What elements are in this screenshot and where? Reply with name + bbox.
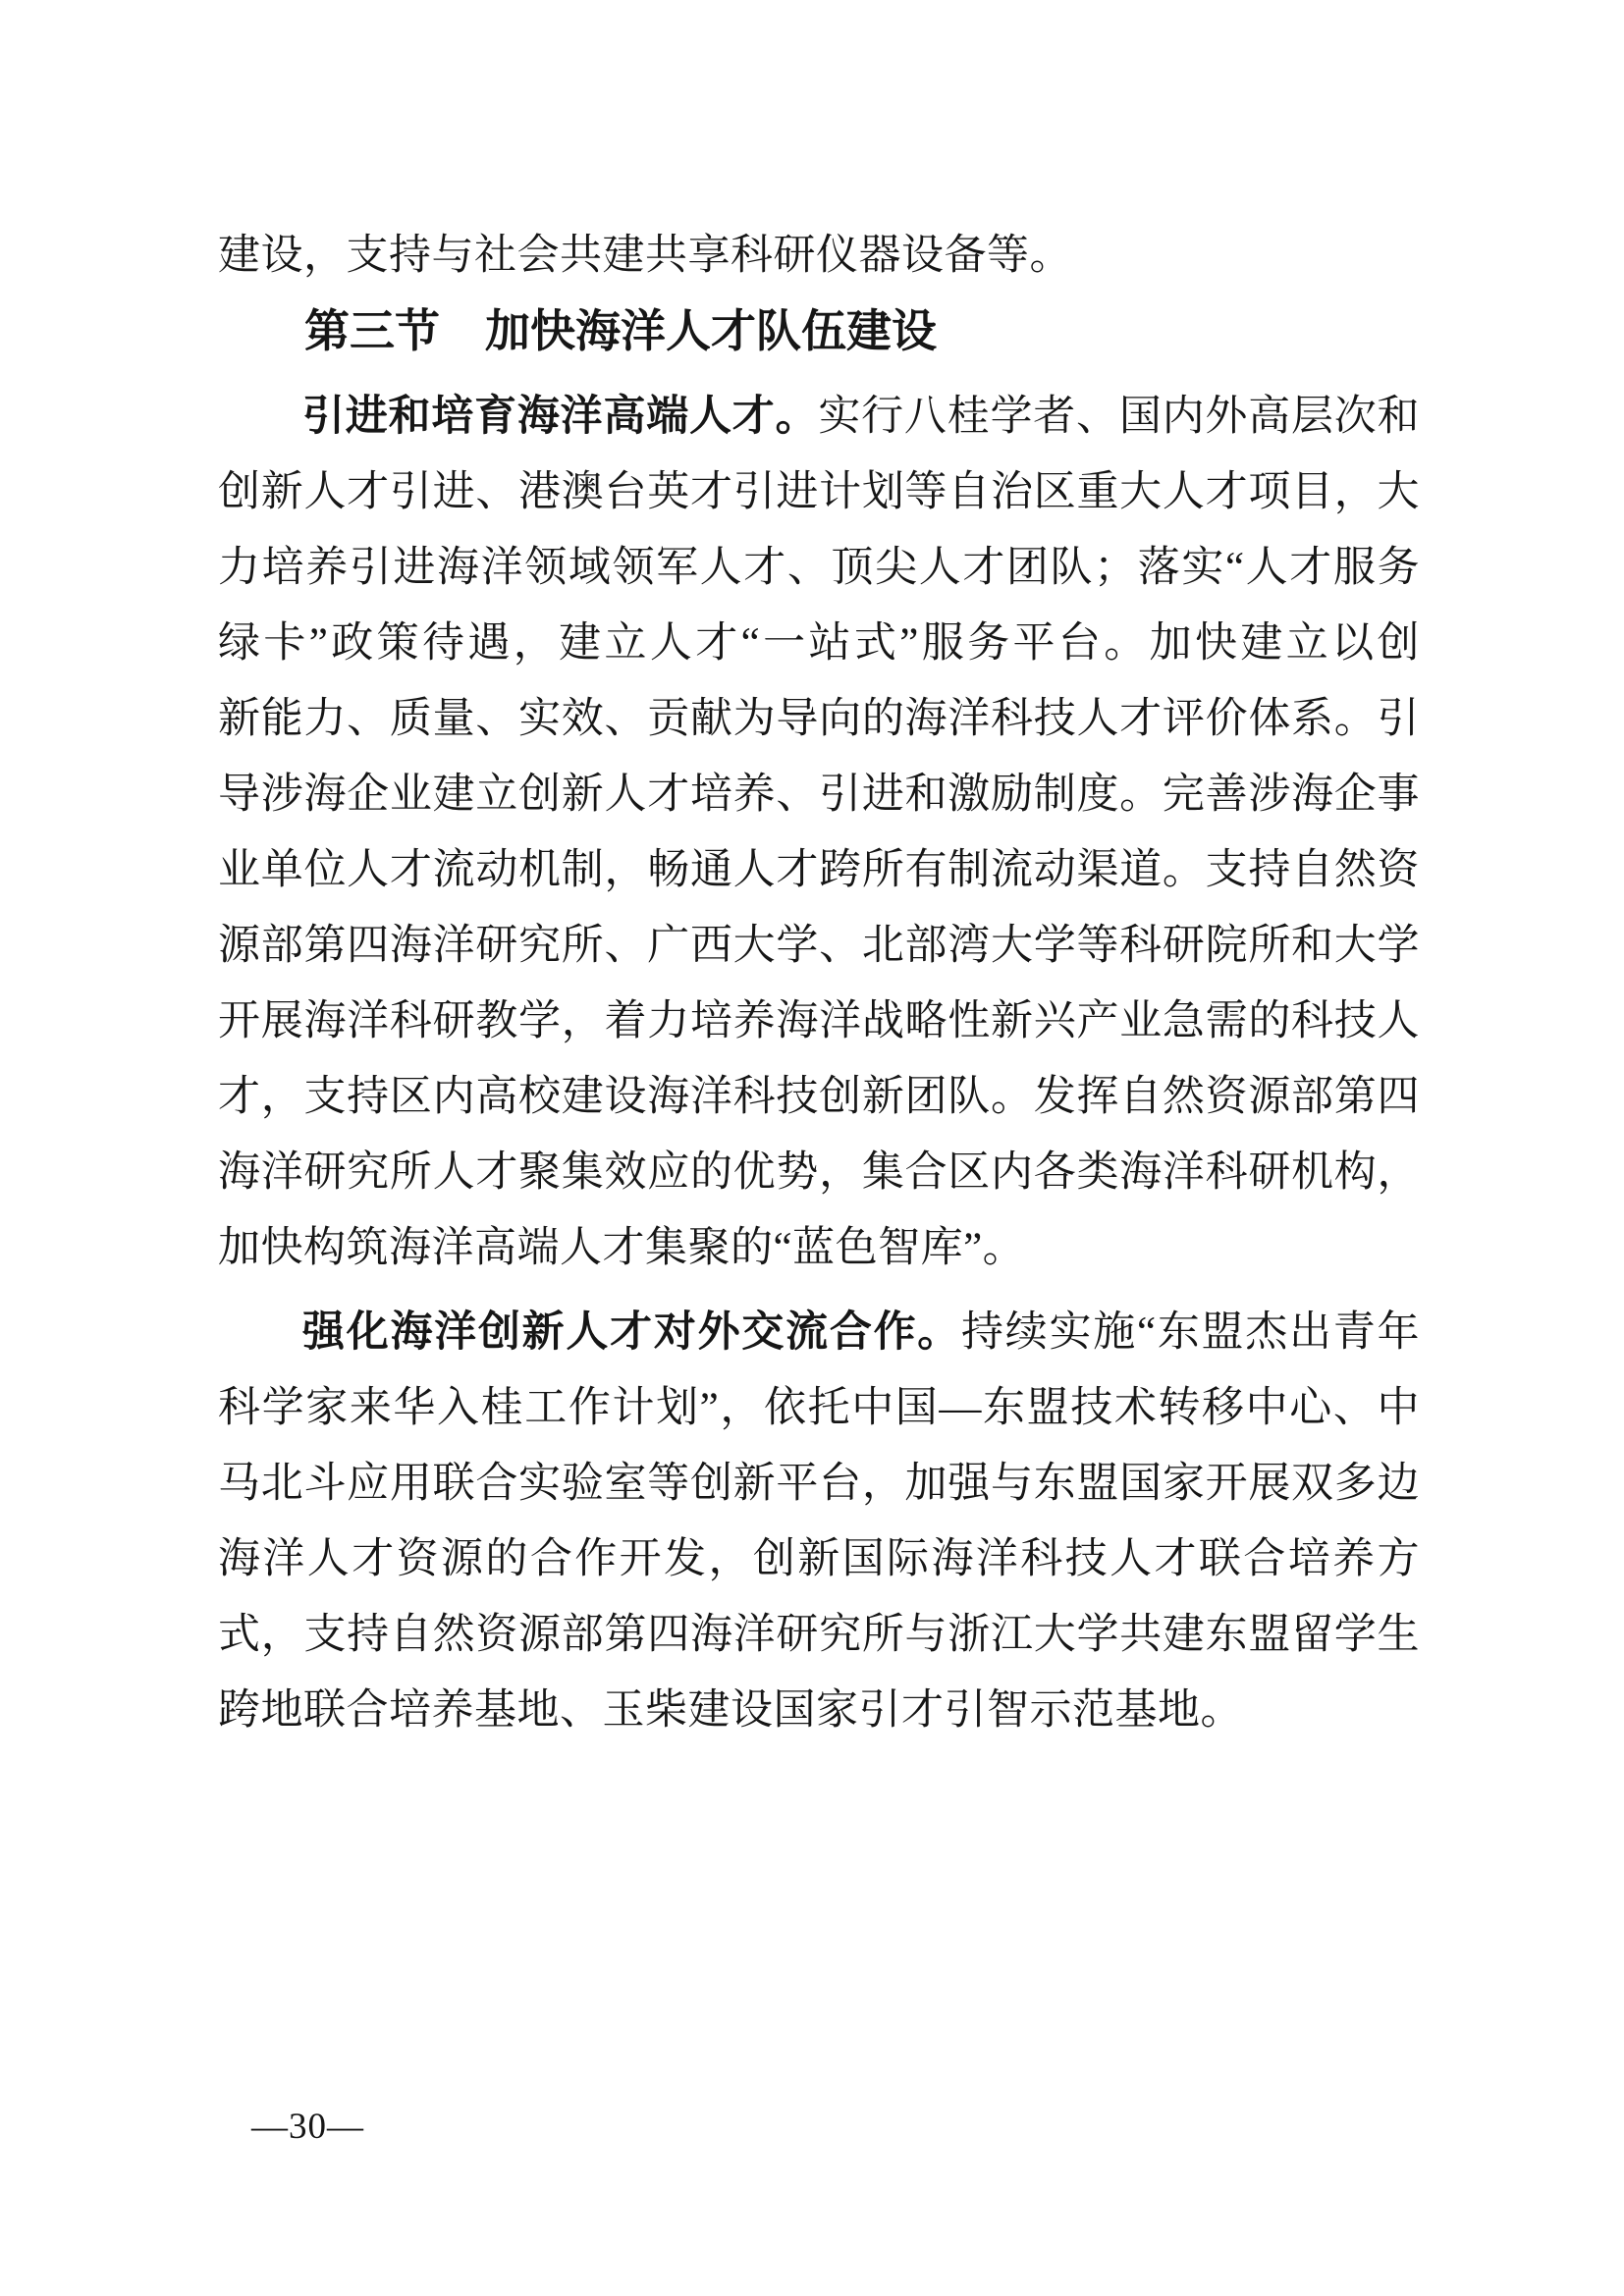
text-line: 力培养引进海洋领域领军人才、顶尖人才团队；落实“人才服务 — [218, 530, 1420, 606]
text-line: 式，支持自然资源部第四海洋研究所与浙江大学共建东盟留学生 — [218, 1597, 1420, 1673]
text-line: 开展海洋科研教学，着力培养海洋战略性新兴产业急需的科技人 — [218, 984, 1420, 1059]
continuation-paragraph-line: 建设，支持与社会共建共享科研仪器设备等。 — [218, 218, 1420, 294]
paragraph-talent-cultivation: 引进和培育海洋高端人才。实行八桂学者、国内外高层次和 创新人才引进、港澳台英才引… — [218, 379, 1420, 1286]
text-line: 海洋研究所人才聚集效应的优势，集合区内各类海洋科研机构， — [218, 1135, 1420, 1210]
text-line: 强化海洋创新人才对外交流合作。持续实施“东盟杰出青年 — [218, 1295, 1420, 1370]
text-line: 源部第四海洋研究所、广西大学、北部湾大学等科研院所和大学 — [218, 908, 1420, 984]
text-line: 引进和培育海洋高端人才。实行八桂学者、国内外高层次和 — [218, 379, 1420, 454]
paragraph-lead-rest: 持续实施“东盟杰出青年 — [961, 1309, 1420, 1356]
paragraph-lead: 引进和培育海洋高端人才。 — [302, 394, 818, 440]
text-line: 加快构筑海洋高端人才集聚的“蓝色智库”。 — [218, 1210, 1420, 1286]
paragraph-lead: 强化海洋创新人才对外交流合作。 — [302, 1309, 961, 1356]
text-line: 跨地联合培养基地、玉柴建设国家引才引智示范基地。 — [218, 1673, 1420, 1748]
document-page: 建设，支持与社会共建共享科研仪器设备等。 第三节 加快海洋人才队伍建设 引进和培… — [0, 0, 1624, 2296]
text-line: 马北斗应用联合实验室等创新平台，加强与东盟国家开展双多边 — [218, 1446, 1420, 1522]
text-line: 绿卡”政策待遇，建立人才“一站式”服务平台。加快建立以创 — [218, 606, 1420, 681]
text-line: 业单位人才流动机制，畅通人才跨所有制流动渠道。支持自然资 — [218, 832, 1420, 908]
paragraph-lead-rest: 实行八桂学者、国内外高层次和 — [818, 394, 1420, 440]
text-line: 才，支持区内高校建设海洋科技创新团队。发挥自然资源部第四 — [218, 1059, 1420, 1135]
text-line: 导涉海企业建立创新人才培养、引进和激励制度。完善涉海企事 — [218, 757, 1420, 832]
section-heading: 第三节 加快海洋人才队伍建设 — [218, 294, 1420, 369]
text-line: 海洋人才资源的合作开发，创新国际海洋科技人才联合培养方 — [218, 1522, 1420, 1597]
document-body: 建设，支持与社会共建共享科研仪器设备等。 第三节 加快海洋人才队伍建设 引进和培… — [218, 218, 1420, 1748]
text-line: 新能力、质量、实效、贡献为导向的海洋科技人才评价体系。引 — [218, 681, 1420, 757]
text-line: 科学家来华入桂工作计划”，依托中国—东盟技术转移中心、中 — [218, 1370, 1420, 1446]
page-number: —30— — [251, 2107, 364, 2148]
paragraph-international-cooperation: 强化海洋创新人才对外交流合作。持续实施“东盟杰出青年 科学家来华入桂工作计划”，… — [218, 1295, 1420, 1748]
text-line: 创新人才引进、港澳台英才引进计划等自治区重大人才项目，大 — [218, 454, 1420, 530]
